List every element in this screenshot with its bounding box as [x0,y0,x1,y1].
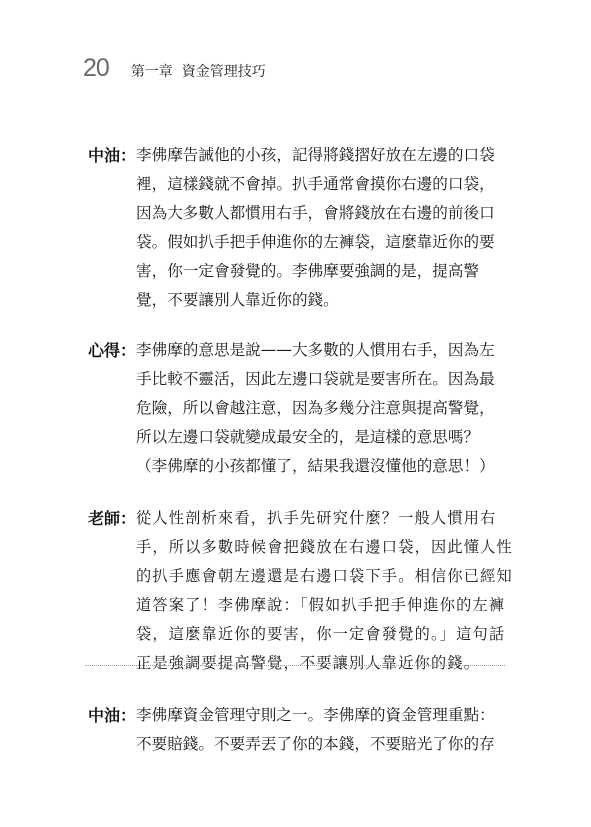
text-line: 手，所以多數時候會把錢放在右邊口袋，因此懂人性 [136,533,518,562]
text-line: （李佛摩的小孩都懂了，結果我還沒懂他的意思！） [136,452,518,481]
text-line: 袋，這麼靠近你的要害，你一定會發覺的。」這句話 [136,620,518,649]
section-text: 李佛摩告誡他的小孩，記得將錢摺好放在左邊的口袋 裡，這樣錢就不會掉。扒手通常會摸… [136,141,518,315]
text-line: 所以左邊口袋就變成最安全的，是這樣的意思嗎？ [136,423,518,452]
section-text: 李佛摩資金管理守則之一。李佛摩的資金管理重點： 不要賠錢。不要弄丟了你的本錢，不… [136,701,518,759]
text-line: 從人性剖析來看，扒手先研究什麼？一般人慣用右 [136,504,518,533]
text-line: 李佛摩告誡他的小孩，記得將錢摺好放在左邊的口袋 [136,141,518,170]
text-line: 道答案了！李佛摩說：「假如扒手把手伸進你的左褲 [136,591,518,620]
text-line: 手比較不靈活，因此左邊口袋就是要害所在。因為最 [136,365,518,394]
chapter-title: 第一章 資金管理技巧 [131,65,266,79]
speaker-label: 心得： [88,336,136,365]
text-line: 的扒手應會朝左邊還是右邊口袋下手。相信你已經知 [136,562,518,591]
section-text: 從人性剖析來看，扒手先研究什麼？一般人慣用右 手，所以多數時候會把錢放在右邊口袋… [136,504,518,678]
dotted-divider [85,665,505,666]
text-line: 袋。假如扒手把手伸進你的左褲袋，這麼靠近你的要 [136,228,518,257]
text-line: 覺，不要讓別人靠近你的錢。 [136,286,518,315]
speaker-label: 中油： [88,141,136,170]
text-line: 正是強調要提高警覺，不要讓別人靠近你的錢。 [136,649,518,678]
text-line: 因為大多數人都慣用右手，會將錢放在右邊的前後口 [136,199,518,228]
text-line: 李佛摩資金管理守則之一。李佛摩的資金管理重點： [136,701,518,730]
text-line: 危險，所以會越注意，因為多幾分注意與提高警覺， [136,394,518,423]
text-line: 裡，這樣錢就不會掉。扒手通常會摸你右邊的口袋， [136,170,518,199]
text-line: 李佛摩的意思是說——大多數的人慣用右手，因為左 [136,336,518,365]
page-number: 20 [83,56,109,81]
text-line: 害，你一定會發覺的。李佛摩要強調的是，提高警 [136,257,518,286]
speaker-label: 中油： [88,701,136,730]
speaker-label: 老師： [88,504,136,533]
text-line: 不要賠錢。不要弄丟了你的本錢，不要賠光了你的存 [136,730,518,759]
section-text: 李佛摩的意思是說——大多數的人慣用右手，因為左 手比較不靈活，因此左邊口袋就是要… [136,336,518,481]
running-header: 20 第一章 資金管理技巧 [83,56,266,81]
